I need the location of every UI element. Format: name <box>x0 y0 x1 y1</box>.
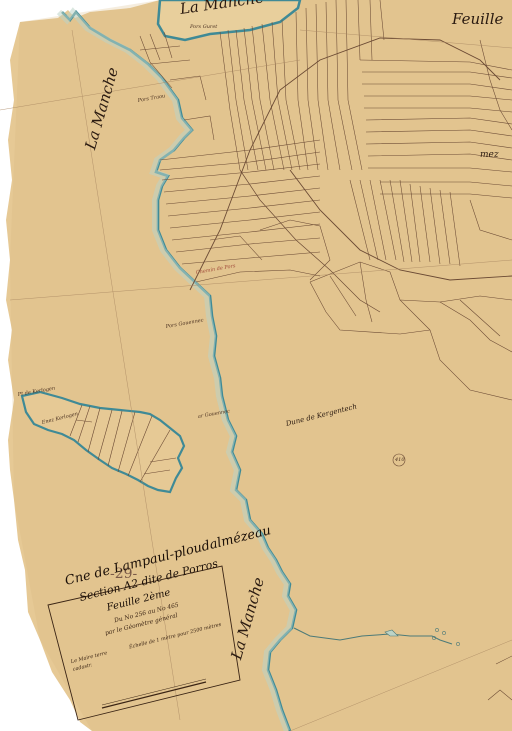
label-parcel-circle: 410 <box>395 457 405 463</box>
label-village: mez <box>480 150 499 160</box>
label-sheet: Feuille <box>452 10 503 28</box>
label-point-top: Pors Guret <box>190 24 217 30</box>
